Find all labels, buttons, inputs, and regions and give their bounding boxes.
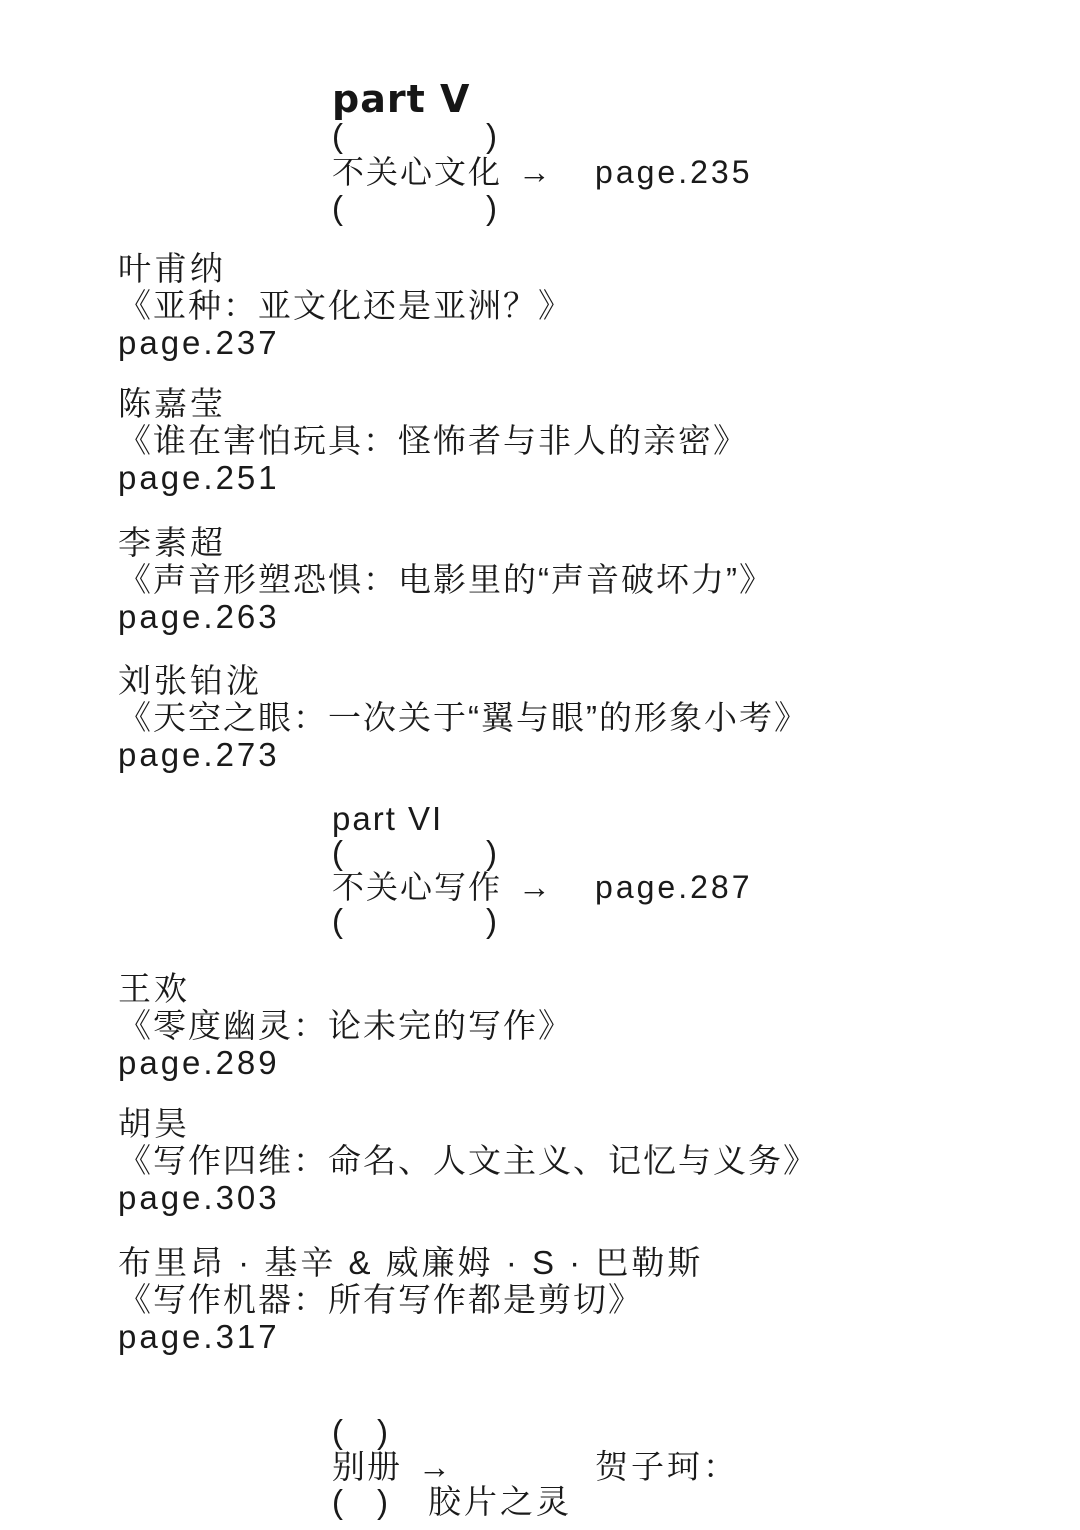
paren-line-top: ( ): [332, 836, 497, 870]
toc-entry: 李素超 《声音形塑恐惧：电影里的“声音破坏力”》 page.263: [118, 524, 774, 635]
toc-entry: 刘张铂泷 《天空之眼：一次关于“翼与眼”的形象小考》 page.273: [118, 662, 809, 773]
part-v-title: part V: [332, 80, 752, 118]
arrow-icon: →: [518, 870, 551, 904]
paren-open: (: [332, 836, 343, 870]
paren-line-bottom: ( ): [332, 190, 497, 226]
paren-close: ): [486, 190, 497, 226]
entry-page-ref: page.273: [118, 736, 809, 773]
entry-author: 布里昂 · 基辛 & 威廉姆 · S · 巴勒斯: [118, 1244, 703, 1281]
entry-page-ref: page.317: [118, 1318, 703, 1355]
arrow-icon: →: [418, 1449, 453, 1484]
part-vi-title: part VI: [332, 802, 752, 836]
arrow-icon: →: [518, 154, 551, 190]
toc-entry: 叶甫纳 《亚种：亚文化还是亚洲？》 page.237: [118, 250, 573, 361]
paren-open: (: [332, 1484, 345, 1519]
appendix-label-line: 别册 → 贺子珂：: [332, 1449, 739, 1484]
entry-author: 叶甫纳: [118, 250, 573, 287]
entry-page-ref: page.263: [118, 598, 774, 635]
toc-entry: 王欢 《零度幽灵：论未完的写作》 page.289: [118, 970, 573, 1081]
paren-open: (: [332, 118, 343, 154]
paren-close: ): [486, 118, 497, 154]
paren-line-bottom: (): [332, 1484, 390, 1519]
paren-line-bottom: ( ): [332, 904, 497, 938]
entry-author: 李素超: [118, 524, 774, 561]
part-v-page-ref: page.235: [595, 154, 752, 190]
paren-line-top: ( ): [332, 1414, 390, 1449]
paren-close: ): [486, 836, 497, 870]
entry-title: 《声音形塑恐惧：电影里的“声音破坏力”》: [118, 561, 774, 598]
entry-title: 《天空之眼：一次关于“翼与眼”的形象小考》: [118, 699, 809, 736]
toc-entry: 陈嘉莹 《谁在害怕玩具：怪怖者与非人的亲密》 page.251: [118, 385, 748, 496]
toc-page: part V ( ) 不关心文化 → page.235 ( ) 叶甫纳 《亚种：…: [0, 0, 1080, 1530]
toc-entry: 布里昂 · 基辛 & 威廉姆 · S · 巴勒斯 《写作机器：所有写作都是剪切》…: [118, 1244, 703, 1355]
entry-page-ref: page.237: [118, 324, 573, 361]
part-vi-section-line: 不关心写作 → page.287: [332, 870, 752, 904]
entry-title: 《零度幽灵：论未完的写作》: [118, 1007, 573, 1044]
appendix-block: ( ) 别册 → 贺子珂： () 胶片之灵: [332, 1414, 739, 1519]
paren-open: (: [332, 190, 343, 226]
part-vi-section-label: 不关心写作: [332, 870, 502, 904]
entry-title: 《亚种：亚文化还是亚洲？》: [118, 287, 573, 324]
appendix-credit: 贺子珂：: [595, 1449, 739, 1484]
paren-close: ): [377, 1414, 390, 1449]
part-vi-page-ref: page.287: [595, 870, 752, 904]
appendix-label: 别册: [332, 1449, 402, 1484]
entry-title: 《写作机器：所有写作都是剪切》: [118, 1281, 703, 1318]
entry-page-ref: page.251: [118, 459, 748, 496]
entry-author: 刘张铂泷: [118, 662, 809, 699]
entry-page-ref: page.289: [118, 1044, 573, 1081]
paren-close: ): [486, 904, 497, 938]
part-vi-header: part VI ( ) 不关心写作 → page.287 ( ): [332, 802, 752, 938]
part-v-section-label: 不关心文化: [332, 154, 502, 190]
entry-title: 《写作四维：命名、人文主义、记忆与义务》: [118, 1142, 818, 1179]
part-v-header: part V ( ) 不关心文化 → page.235 ( ): [332, 80, 752, 226]
appendix-title-line: () 胶片之灵: [332, 1484, 739, 1519]
toc-entry: 胡昊 《写作四维：命名、人文主义、记忆与义务》 page.303: [118, 1105, 818, 1216]
paren-open: (: [332, 1414, 345, 1449]
paren-close: ): [377, 1484, 390, 1519]
entry-author: 王欢: [118, 970, 573, 1007]
entry-author: 胡昊: [118, 1105, 818, 1142]
appendix-title: 胶片之灵: [428, 1484, 572, 1519]
paren-open: (: [332, 904, 343, 938]
entry-title: 《谁在害怕玩具：怪怖者与非人的亲密》: [118, 422, 748, 459]
entry-page-ref: page.303: [118, 1179, 818, 1216]
paren-line-top: ( ): [332, 118, 497, 154]
part-v-section-line: 不关心文化 → page.235: [332, 154, 752, 190]
entry-author: 陈嘉莹: [118, 385, 748, 422]
